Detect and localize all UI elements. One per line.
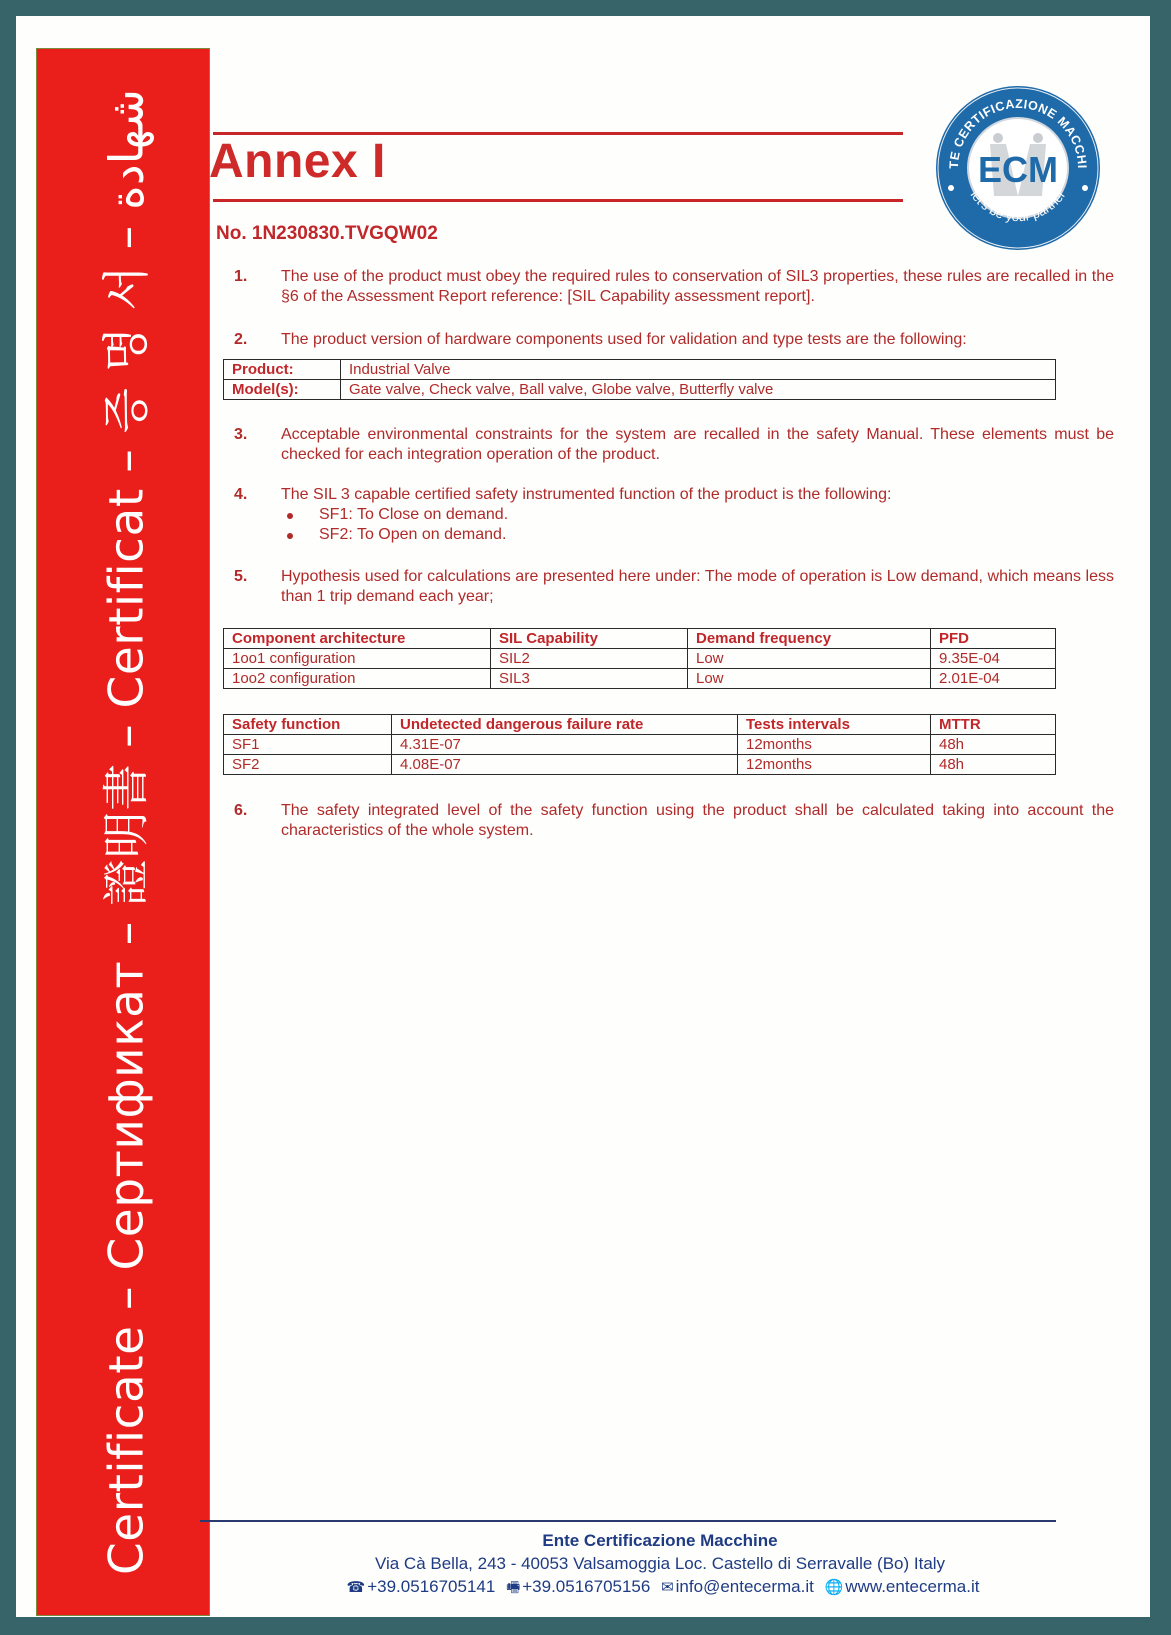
clause-2: 2. The product version of hardware compo… [234, 330, 1114, 350]
telephone-icon: ☎ [347, 1578, 366, 1596]
clause-text: The product version of hardware componen… [281, 330, 1114, 350]
clause-1: 1. The use of the product must obey the … [234, 267, 1114, 307]
table-cell: 4.31E-07 [392, 735, 738, 755]
logo-center-text: ECM [978, 149, 1058, 190]
safety-function-table: Safety function Undetected dangerous fai… [223, 714, 1056, 775]
table-cell: Low [688, 649, 931, 669]
clause-3: 3. Acceptable environmental constraints … [234, 425, 1114, 465]
clause-text: Acceptable environmental constraints for… [281, 425, 1114, 465]
table-row: Model(s): Gate valve, Check valve, Ball … [224, 380, 1056, 400]
clause-number: 5. [234, 567, 264, 587]
table-cell: SIL2 [491, 649, 688, 669]
architecture-table: Component architecture SIL Capability De… [223, 628, 1056, 689]
table-cell: SF2 [224, 755, 392, 775]
table-row: SF2 4.08E-07 12months 48h [224, 755, 1056, 775]
column-header: Safety function [224, 715, 392, 735]
table-row: SF1 4.31E-07 12months 48h [224, 735, 1056, 755]
table-cell: 1oo1 configuration [224, 649, 491, 669]
column-header: PFD [931, 629, 1056, 649]
table-cell: SF1 [224, 735, 392, 755]
product-value: Industrial Valve [341, 360, 1056, 380]
clause-number: 1. [234, 267, 264, 287]
footer-rule [200, 1520, 1056, 1522]
clause-text: The safety integrated level of the safet… [281, 801, 1114, 841]
column-header: Tests intervals [738, 715, 931, 735]
clause-number: 6. [234, 801, 264, 821]
globe-icon: 🌐 [825, 1578, 844, 1596]
models-value: Gate valve, Check valve, Ball valve, Glo… [341, 380, 1056, 400]
certificate-number: No. 1N230830.TVGQW02 [216, 223, 438, 245]
table-cell: 1oo2 configuration [224, 669, 491, 689]
table-cell: 48h [931, 755, 1056, 775]
title-bottom-rule [213, 199, 903, 202]
list-item: SF2: To Open on demand. [281, 525, 1114, 545]
column-header: Undetected dangerous failure rate [392, 715, 738, 735]
clause-text: The SIL 3 capable certified safety instr… [281, 485, 1114, 505]
clause-text: The use of the product must obey the req… [281, 267, 1114, 307]
table-cell: 12months [738, 735, 931, 755]
side-band-text: Certificate – Сертификат – 證明書 – Certifi… [90, 89, 157, 1575]
table-cell: Low [688, 669, 931, 689]
envelope-icon: ✉ [661, 1578, 674, 1596]
clause-text: Hypothesis used for calculations are pre… [281, 567, 1114, 607]
clause-4: 4. The SIL 3 capable certified safety in… [234, 485, 1114, 545]
models-label: Model(s): [224, 380, 341, 400]
safety-function-list: SF1: To Close on demand. SF2: To Open on… [281, 505, 1114, 545]
table-row: 1oo1 configuration SIL2 Low 9.35E-04 [224, 649, 1056, 669]
table-cell: 9.35E-04 [931, 649, 1056, 669]
table-cell: SIL3 [491, 669, 688, 689]
column-header: SIL Capability [491, 629, 688, 649]
certificate-side-band: Certificate – Сертификат – 證明書 – Certifi… [36, 48, 210, 1616]
table-header-row: Safety function Undetected dangerous fai… [224, 715, 1056, 735]
clause-number: 3. [234, 425, 264, 445]
column-header: Demand frequency [688, 629, 931, 649]
list-item: SF1: To Close on demand. [281, 505, 1114, 525]
clause-6: 6. The safety integrated level of the sa… [234, 801, 1114, 841]
page-title: Annex I [209, 134, 386, 189]
column-header: Component architecture [224, 629, 491, 649]
footer-organization: Ente Certificazione Macchine [210, 1531, 1110, 1551]
footer-email[interactable]: info@entecerma.it [676, 1577, 814, 1596]
footer-website[interactable]: www.entecerma.it [845, 1577, 979, 1596]
product-table: Product: Industrial Valve Model(s): Gate… [223, 359, 1056, 400]
product-label: Product: [224, 360, 341, 380]
footer-phone: +39.0516705141 [367, 1577, 495, 1596]
column-header: MTTR [931, 715, 1056, 735]
table-cell: 4.08E-07 [392, 755, 738, 775]
table-header-row: Component architecture SIL Capability De… [224, 629, 1056, 649]
clause-5: 5. Hypothesis used for calculations are … [234, 567, 1114, 607]
table-cell: 2.01E-04 [931, 669, 1056, 689]
fax-icon: 🖷 [506, 1577, 520, 1602]
clause-number: 4. [234, 485, 264, 505]
certificate-page: Certificate – Сертификат – 證明書 – Certifi… [16, 16, 1150, 1617]
table-row: Product: Industrial Valve [224, 360, 1056, 380]
clause-number: 2. [234, 330, 264, 350]
table-row: 1oo2 configuration SIL3 Low 2.01E-04 [224, 669, 1056, 689]
footer-address: Via Cà Bella, 243 - 40053 Valsamoggia Lo… [210, 1554, 1110, 1574]
footer-fax: +39.0516705156 [522, 1577, 650, 1596]
ecm-logo: ECM ENTE CERTIFICAZIONE MACCHINE let's b… [934, 84, 1102, 252]
table-cell: 48h [931, 735, 1056, 755]
footer-contacts: ☎+39.0516705141 🖷+39.0516705156 ✉info@en… [210, 1577, 1110, 1602]
table-cell: 12months [738, 755, 931, 775]
